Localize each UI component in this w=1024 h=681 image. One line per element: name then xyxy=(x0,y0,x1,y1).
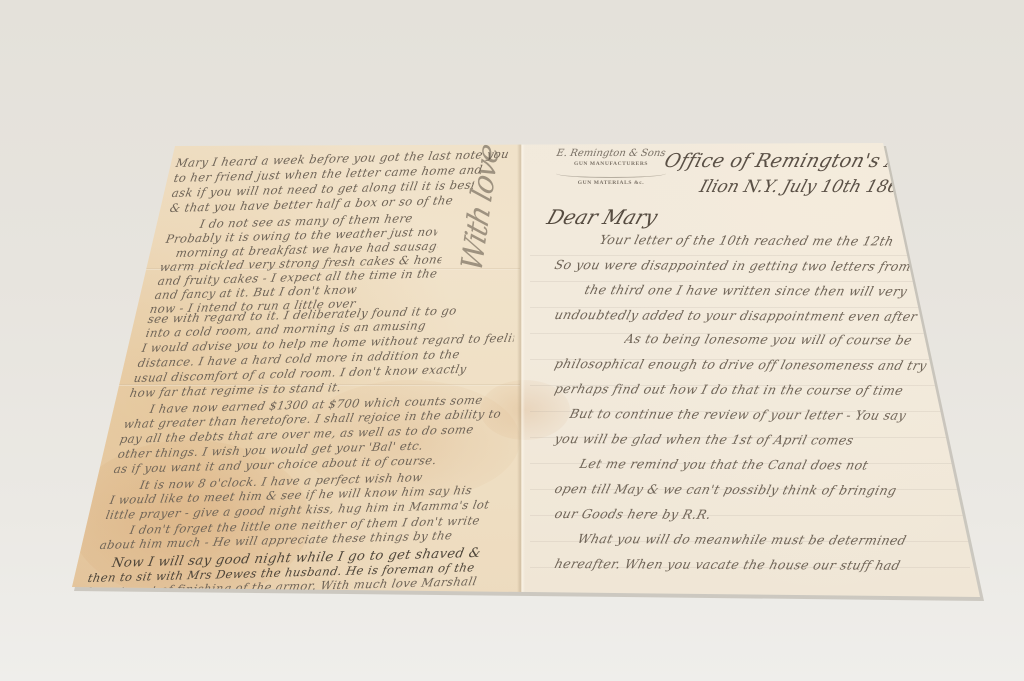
right-line: What you will do meanwhile must be deter… xyxy=(576,531,969,548)
right-line: open till May & we can't possibly think … xyxy=(553,481,966,498)
right-line: perhaps find out how I do that in the co… xyxy=(553,381,961,398)
center-fold xyxy=(517,140,525,600)
right-line: So you were disappointed in getting two … xyxy=(553,257,941,274)
right-line: As to being lonesome you will of course … xyxy=(623,331,951,348)
salutation: Dear Mary xyxy=(544,205,661,229)
letterhead-office: Office of Remington's Armory xyxy=(662,150,963,172)
right-line: undoubtedly added to your disappointment… xyxy=(553,307,951,324)
letter-sheet: E. Remington & Sons GUN MANUFACTURERS GU… xyxy=(0,0,1024,681)
right-line: the third one I have written since then … xyxy=(583,282,946,299)
engraving-line-2: GUN MATERIALS &c. xyxy=(546,180,676,186)
letterhead-place-date: Ilion N.Y. July 10th 1865 xyxy=(697,177,912,197)
right-line: our Goods here by R.R. xyxy=(553,506,757,522)
photo-scene: E. Remington & Sons GUN MANUFACTURERS GU… xyxy=(0,0,1024,681)
right-line: philosophical enough to drive off loneso… xyxy=(553,356,956,373)
right-line: Let me remind you that the Canal does no… xyxy=(578,456,966,473)
engraving-title: E. Remington & Sons xyxy=(545,148,677,159)
engraving-flourish xyxy=(556,169,666,178)
engraving-line-1: GUN MANUFACTURERS xyxy=(546,161,676,167)
right-line: you will be glad when the 1st of April c… xyxy=(553,431,886,448)
right-line: Your letter of the 10th reached me the 1… xyxy=(598,232,941,249)
letterhead-engraving: E. Remington & Sons GUN MANUFACTURERS GU… xyxy=(546,148,676,186)
right-line: But to continue the review of your lette… xyxy=(568,406,961,423)
right-line: hereafter. When you vacate the house our… xyxy=(553,556,971,573)
